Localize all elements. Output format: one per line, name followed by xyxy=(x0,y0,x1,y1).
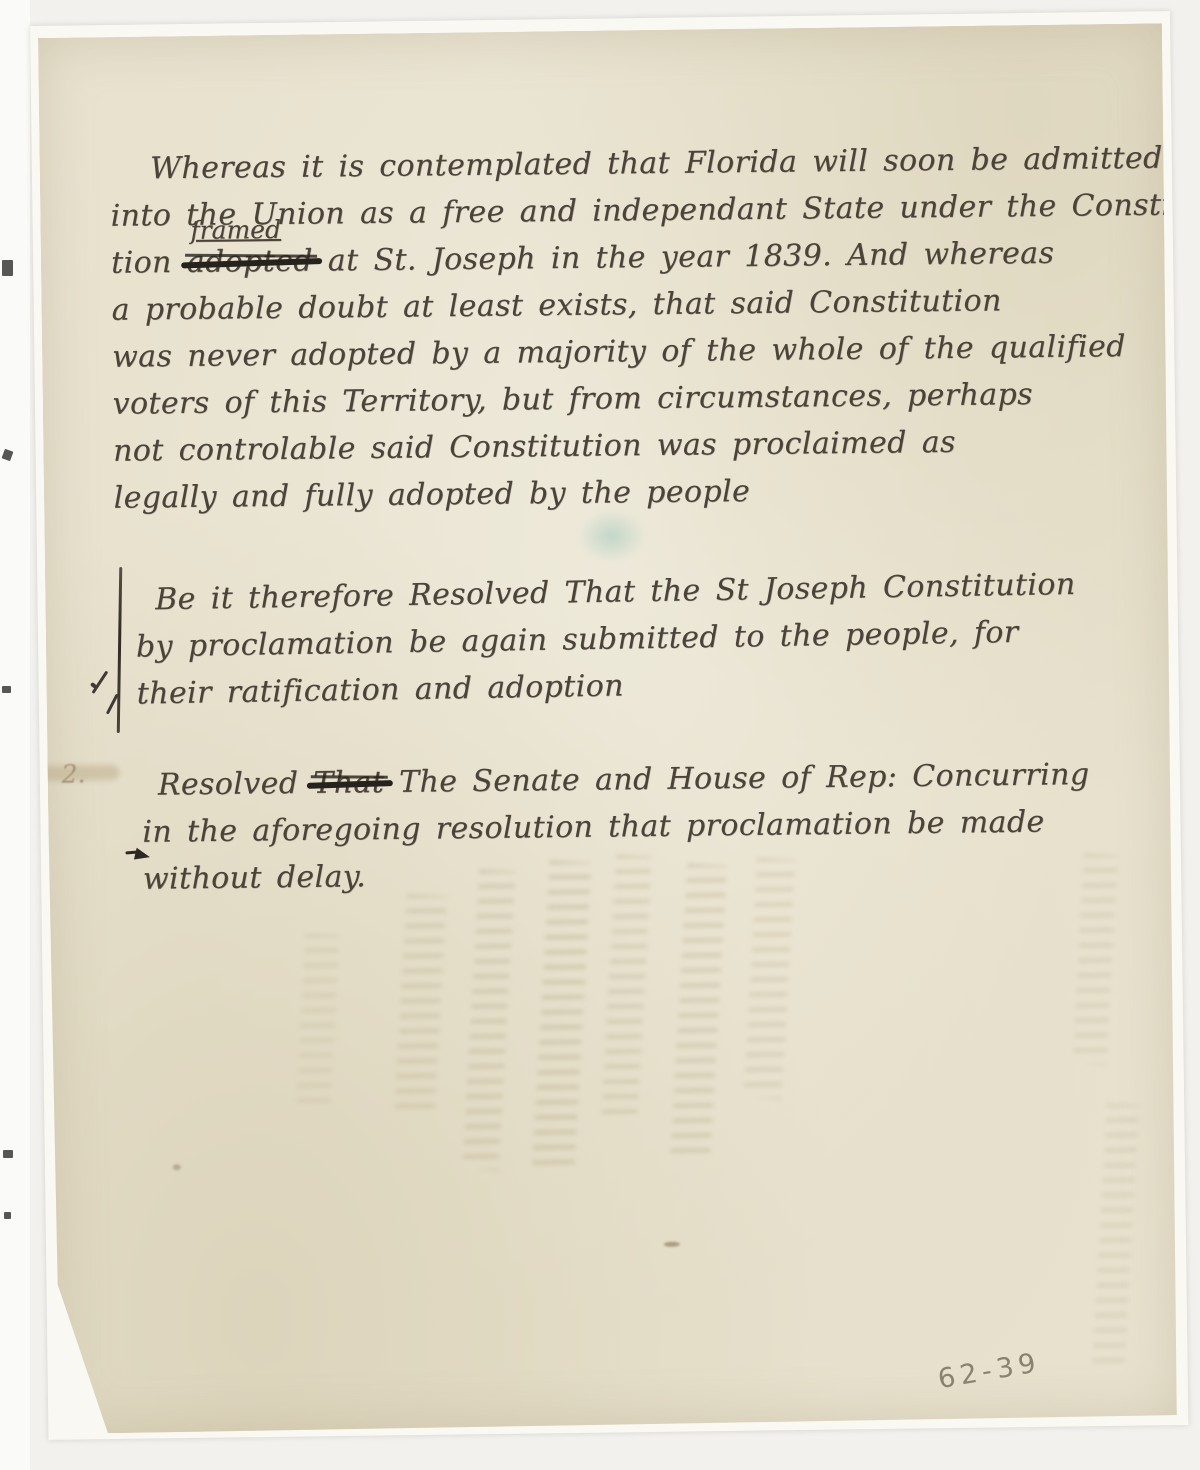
text-run: without delay. xyxy=(143,859,367,897)
text-run: at St. Joseph in the year 1839. And wher… xyxy=(313,236,1055,279)
film-edge-tick xyxy=(2,686,11,693)
text-run: in the aforegoing resolution that procla… xyxy=(142,805,1045,850)
film-edge-tick xyxy=(4,1212,11,1219)
text-run: voters of this Territory, but from circu… xyxy=(112,377,1033,422)
text-run: a probable doubt at least exists, that s… xyxy=(111,283,1001,327)
margin-paragraph-number: 2. xyxy=(61,759,85,788)
text-run: The Senate and House of Rep: Concurring xyxy=(384,757,1090,800)
margin-scribble-mark xyxy=(86,667,127,728)
text-run: legally and fully adopted by the people xyxy=(113,474,750,516)
text-run: not controlable said Constitution was pr… xyxy=(113,425,956,469)
film-edge-tick xyxy=(3,1150,13,1158)
text-run: their ratification and adoption xyxy=(136,668,624,711)
film-edge-tick xyxy=(2,260,13,276)
manuscript-page: Whereas it is contemplated that Florida … xyxy=(38,23,1180,1434)
manuscript-line: legally and fully adopted by the people xyxy=(113,464,1143,522)
paragraph-preamble: Whereas it is contemplated that Florida … xyxy=(110,135,1144,522)
text-run: was never adopted by a majority of the w… xyxy=(112,329,1126,375)
scan-background: { "document": { "archival_number": "62-3… xyxy=(0,0,1200,1470)
text-run: by proclamation be again submitted to th… xyxy=(136,615,1019,665)
scanner-margin-strip xyxy=(0,0,30,1470)
paragraph-resolution-1: Be it therefore Resolved That the St Jos… xyxy=(135,559,1167,717)
text-run: Resolved xyxy=(158,766,314,803)
inserted-word: framed xyxy=(190,217,281,243)
paragraph-resolution-2: Resolved That The Senate and House of Re… xyxy=(142,750,1174,903)
manuscript-text: Whereas it is contemplated that Florida … xyxy=(38,23,1180,1434)
text-run: Whereas it is contemplated that Florida … xyxy=(150,141,1163,187)
struck-word: adoptedframed xyxy=(187,244,314,280)
struck-word: That xyxy=(313,765,384,801)
text-run: tion xyxy=(111,245,187,281)
